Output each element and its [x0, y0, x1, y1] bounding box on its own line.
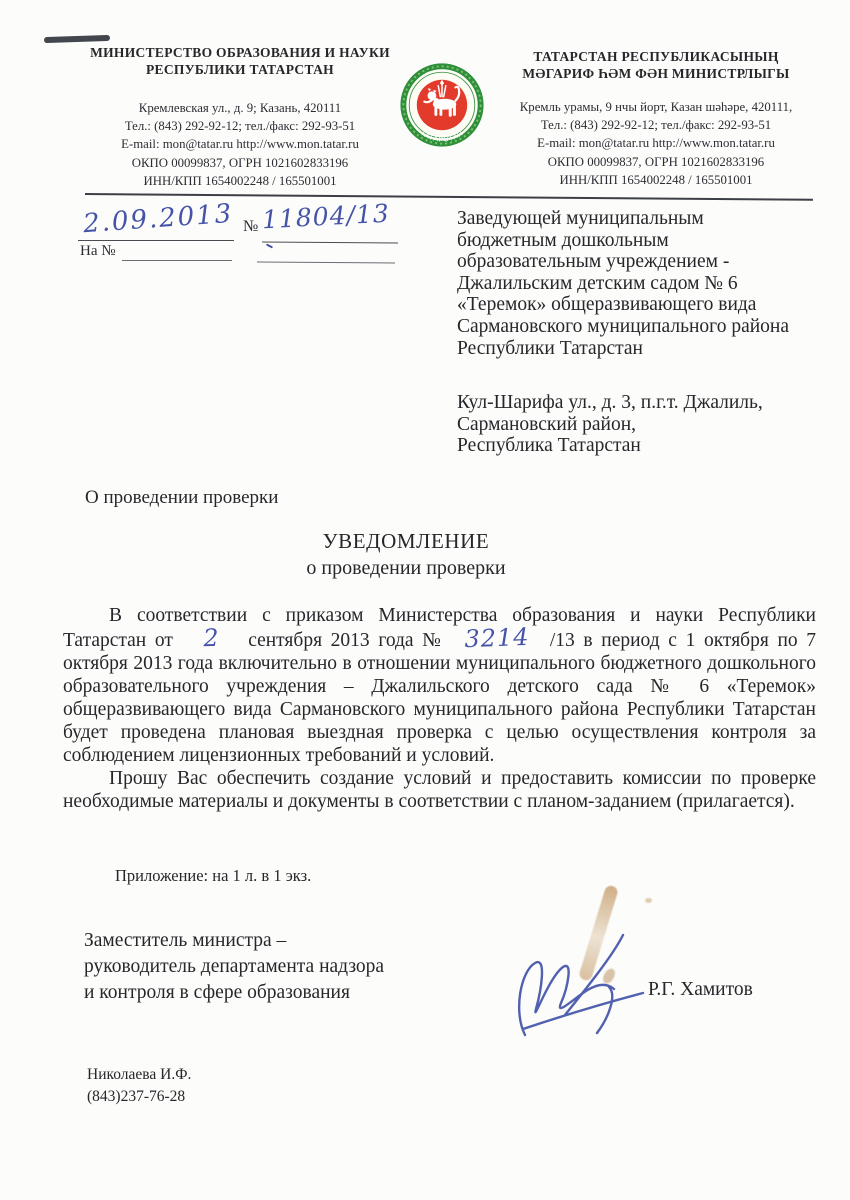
signer-position: Заместитель министра – руководитель депа…: [84, 928, 384, 1005]
date-underline: [78, 240, 234, 241]
pen-tick-mark: [266, 243, 273, 248]
letterhead-separator-rule: [85, 193, 813, 201]
body-paragraph-2: Прошу Вас обеспечить создание условий и …: [63, 767, 816, 813]
title-line-2: о проведении проверки: [0, 557, 812, 580]
reply-underline-2: [257, 262, 395, 264]
day-handwritten: 2: [181, 626, 240, 651]
signature-scribble: [505, 933, 665, 1043]
reply-underline-1: [122, 260, 232, 261]
attachment-note: Приложение: на 1 л. в 1 экз.: [115, 866, 311, 886]
title-line-1: УВЕДОМЛЕНИЕ: [0, 529, 812, 554]
executor-contact: Николаева И.Ф. (843)237-76-28: [87, 1064, 191, 1108]
number-sign: №: [243, 218, 258, 236]
letterhead-right: ТАТАРСТАН РЕСПУБЛИКАСЫНЫҢ МӘГАРИФ ҺӘМ ФӘ…: [468, 48, 844, 189]
scan-stain-speck: [645, 898, 652, 903]
reply-to-label: На №: [80, 243, 116, 260]
ministry-contacts-tt: Кремль урамы, 9 нчы йорт, Казан шәһәре, …: [468, 98, 844, 189]
body-paragraph-1: В соответствии с приказом Министерства о…: [63, 604, 816, 767]
outgoing-number-handwritten: 11804/13: [261, 199, 390, 235]
scanned-letter-page: МИНИСТЕРСТВО ОБРАЗОВАНИЯ И НАУКИ РЕСПУБЛ…: [0, 0, 850, 1200]
ministry-name-ru: МИНИСТЕРСТВО ОБРАЗОВАНИЯ И НАУКИ РЕСПУБЛ…: [62, 44, 418, 78]
outgoing-date-handwritten: 2.09.2013: [82, 199, 234, 239]
ministry-name-tt: ТАТАРСТАН РЕСПУБЛИКАСЫНЫҢ МӘГАРИФ ҺӘМ ФӘ…: [468, 48, 844, 82]
p1-text-between: сентября 2013 года №: [248, 630, 444, 651]
ministry-contacts-ru: Кремлевская ул., д. 9; Казань, 420111 Те…: [62, 99, 418, 190]
scan-artifact-dash: [44, 35, 110, 43]
executor-name: Николаева И.Ф.: [87, 1064, 191, 1086]
addressee-address: Кул-Шарифа ул., д. 3, п.г.т. Джалиль, Са…: [457, 392, 837, 457]
addressee-block: Заведующей муниципальным бюджетным дошко…: [457, 208, 837, 457]
subject-line: О проведении проверки: [85, 487, 278, 509]
number-underline: [262, 242, 398, 244]
executor-phone: (843)237-76-28: [87, 1086, 191, 1108]
order-number-handwritten: 3214: [453, 625, 542, 651]
document-title: УВЕДОМЛЕНИЕ о проведении проверки: [0, 529, 812, 580]
signer-name: Р.Г. Хамитов: [648, 979, 753, 1001]
addressee-organization: Заведующей муниципальным бюджетным дошко…: [457, 208, 837, 359]
letterhead-left: МИНИСТЕРСТВО ОБРАЗОВАНИЯ И НАУКИ РЕСПУБЛ…: [62, 44, 418, 190]
letter-body: В соответствии с приказом Министерства о…: [63, 604, 816, 813]
